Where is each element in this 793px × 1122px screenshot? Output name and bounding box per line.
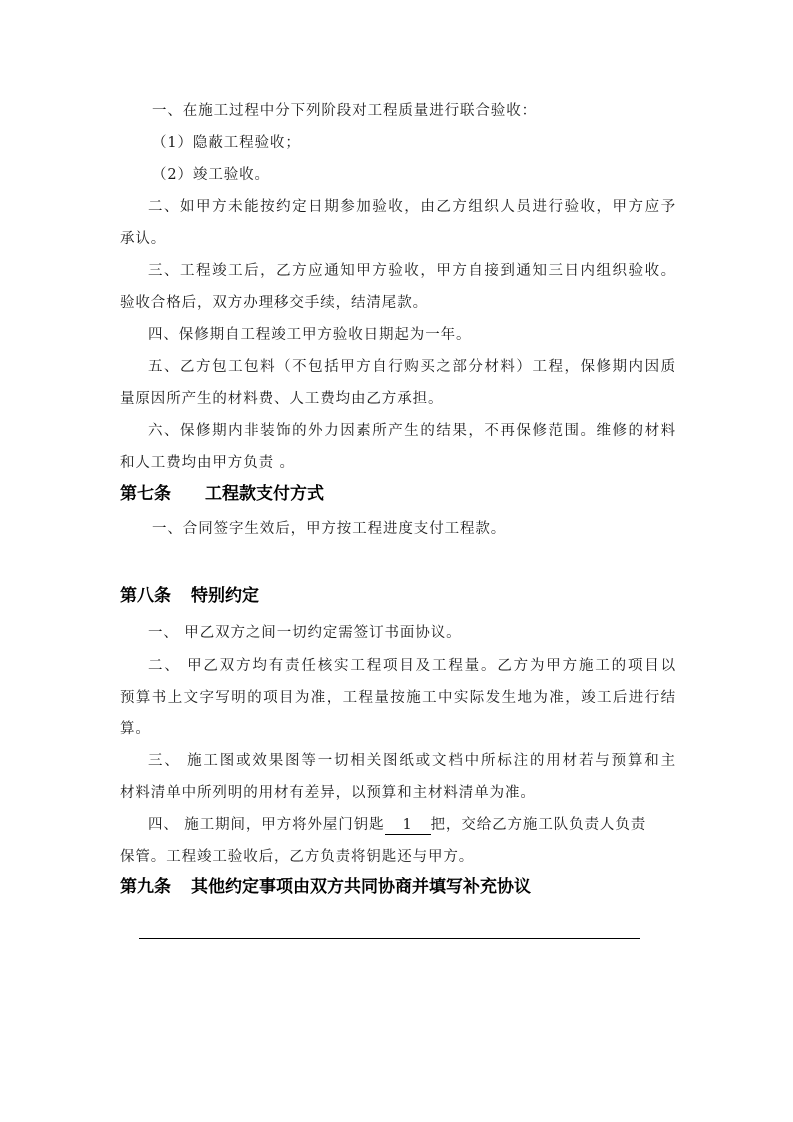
clause-2-line2: 承认。 [120,229,166,249]
key-clause-prefix: 四、 施工期间，甲方将外屋门钥匙 [148,817,385,833]
clause-5-line2: 量原因所产生的材料费、人工费均由乙方承担。 [120,389,443,409]
section-8-clause-2-line1: 二、 甲乙双方均有责任核实工程项目及工程量。乙方为甲方施工的项目以 [148,656,676,676]
clause-6-line1: 六、保修期内非装饰的外力因素所产生的结果，不再保修范围。维修的材料 [148,421,676,441]
section-7-heading: 第七条工程款支付方式 [120,483,324,505]
section-8-clause-3-line2: 材料清单中所列明的用材有差异，以预算和主材料清单为准。 [120,783,536,803]
key-count-field: 1 [385,816,431,835]
acceptance-sub2: （2）竣工验收。 [152,165,270,185]
section-8-clause-1: 一、 甲乙双方之间一切约定需签订书面协议。 [148,623,462,643]
key-clause-suffix: 把，交给乙方施工队负责人负责 [431,817,647,833]
clause-4: 四、保修期自工程竣工甲方验收日期起为一年。 [148,325,471,345]
section-9-title: 其他约定事项由双方共同协商并填写补充协议 [191,877,531,897]
section-8-heading: 第八条特别约定 [120,585,259,607]
section-8-clause-4-line2: 保管。工程竣工验收后，乙方负责将钥匙还与甲方。 [120,847,474,867]
section-8-clause-4-line1: 四、 施工期间，甲方将外屋门钥匙1把，交给乙方施工队负责人负责 [148,815,646,835]
clause-3-line1: 三、工程竣工后，乙方应通知甲方验收，甲方自接到通知三日内组织验收。 [148,261,676,281]
section-8-clause-2-line2: 预算书上文字写明的项目为准，工程量按施工中实际发生地为准，竣工后进行结 [120,688,676,708]
acceptance-intro: 一、在施工过程中分下列阶段对工程质量进行联合验收： [152,101,537,121]
section-8-number: 第八条 [120,586,171,606]
clause-5-line1: 五、乙方包工包料（不包括甲方自行购买之部分材料）工程，保修期内因质 [148,357,676,377]
section-8-clause-3-line1: 三、 施工图或效果图等一切相关图纸或文档中所标注的用材若与预算和主 [148,751,676,771]
section-7-number: 第七条 [120,484,171,504]
clause-3-line2: 验收合格后，双方办理移交手续，结清尾款。 [120,293,428,313]
supplementary-agreement-blank-line [139,938,640,939]
document-page: 一、在施工过程中分下列阶段对工程质量进行联合验收： （1）隐蔽工程验收； （2）… [0,0,793,1122]
section-7-title: 工程款支付方式 [205,484,324,504]
acceptance-sub1: （1）隐蔽工程验收； [152,133,301,153]
section-7-clause-1: 一、合同签字生效后，甲方按工程进度支付工程款。 [152,519,506,539]
section-9-heading: 第九条其他约定事项由双方共同协商并填写补充协议 [120,876,531,898]
section-8-title: 特别约定 [191,586,259,606]
clause-6-line2: 和人工费均由甲方负责 。 [120,453,295,473]
section-9-number: 第九条 [120,877,171,897]
section-8-clause-2-line3: 算。 [120,719,151,739]
clause-2-line1: 二、如甲方未能按约定日期参加验收，由乙方组织人员进行验收，甲方应予 [148,197,676,217]
